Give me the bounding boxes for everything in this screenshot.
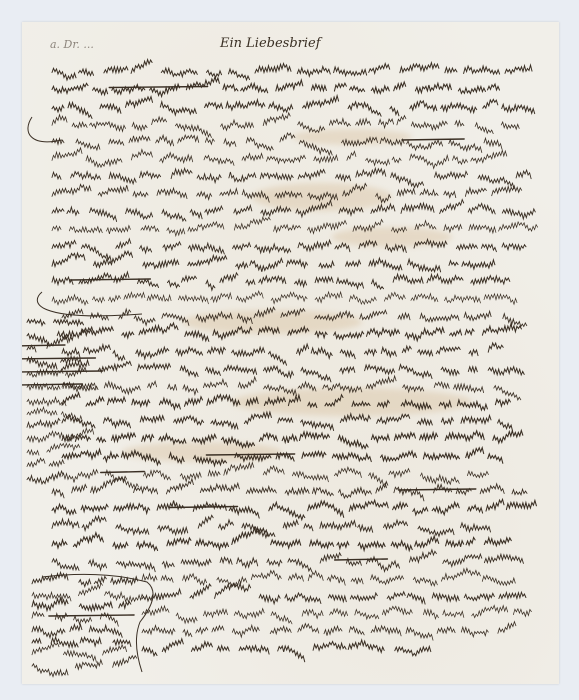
manuscript-page: a. Dr. ... Ein Liebesbrief 30. Dec. (22, 22, 559, 684)
handwriting-strokes (22, 22, 559, 684)
